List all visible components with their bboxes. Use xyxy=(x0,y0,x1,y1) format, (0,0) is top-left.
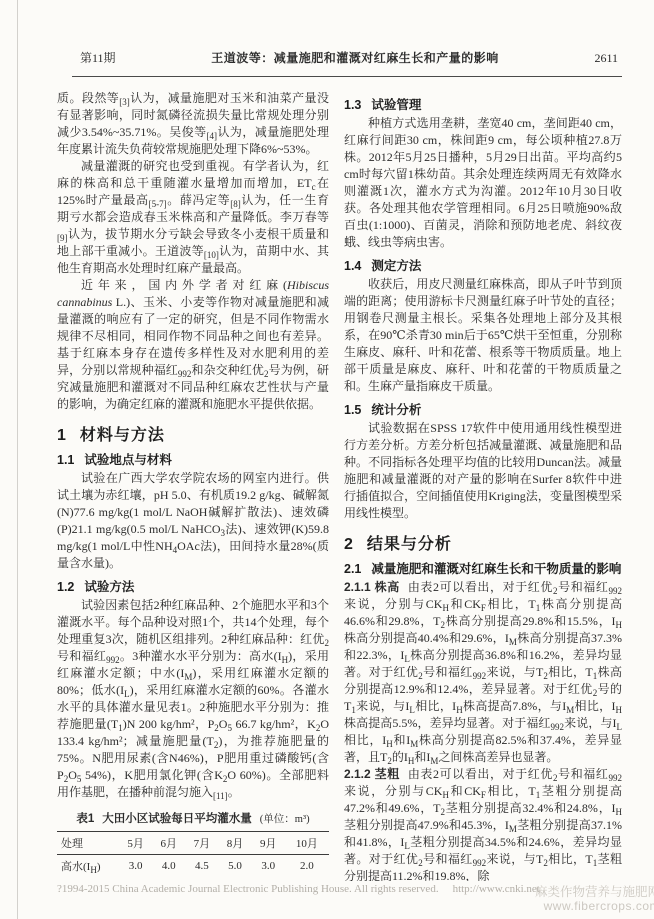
paragraph: 收获后，用皮尺测量红麻株高，即从子叶节到顶端的距离；使用游标卡尺测量红麻子叶节处… xyxy=(344,276,622,395)
subsection-heading-2-1: 2.1减量施肥和灌溉对红麻生长和干物质量的影响 xyxy=(344,559,622,577)
table-row: 高水(IH)3.04.04.55.03.02.0 xyxy=(57,855,329,877)
header-rule xyxy=(72,76,622,77)
table-cell: 1.6 xyxy=(285,876,329,881)
table-cell: 3.2 xyxy=(152,876,185,881)
issue-label: 第11期 xyxy=(80,49,116,66)
right-column: 1.3试验管理 种植方式选用垄耕，垄宽40 cm，垄间距40 cm，红麻行间距3… xyxy=(344,90,622,881)
table-header-cell: 处理 xyxy=(57,832,119,855)
table-cell: 2.4 xyxy=(119,876,152,881)
table-header-cell: 7月 xyxy=(185,832,218,855)
table-header-row: 处理5月6月7月8月9月10月 xyxy=(57,832,329,855)
table-unit: (单位：m³) xyxy=(260,814,310,825)
table-header-cell: 8月 xyxy=(218,832,251,855)
journal-page: 第11期 王道波等：减量施肥和灌溉对红麻生长和产量的影响 2611 质。段然等[… xyxy=(0,0,654,919)
subsection-heading-1-2: 1.2试验方法 xyxy=(57,577,329,595)
page-header: 第11期 王道波等：减量施肥和灌溉对红麻生长和产量的影响 2611 xyxy=(80,49,618,66)
table-caption: 表1大田小区试验每日平均灌水量(单位：m³) xyxy=(57,810,329,826)
table-header-cell: 10月 xyxy=(285,832,329,855)
page-number: 2611 xyxy=(594,51,618,66)
table-header-cell: 9月 xyxy=(252,832,285,855)
cnki-url: http://www.cnki.net xyxy=(453,883,540,895)
left-column: 质。段然等[3]认为，减量施肥对玉米和油菜产量没有显著影响，同时氮磷径流损失量比… xyxy=(57,90,329,881)
running-title: 王道波等：减量施肥和灌溉对红麻生长和产量的影响 xyxy=(116,49,595,66)
watermark: 麻类作物营养与施肥网 www.fibercrops.com xyxy=(535,885,654,913)
subsection-heading-1-1: 1.1试验地点与材料 xyxy=(57,450,329,468)
watermark-site-name: 麻类作物营养与施肥网 xyxy=(535,885,654,899)
table-row: 中水(IM)2.43.23.64.02.41.6 xyxy=(57,876,329,881)
section-heading-1: 1材料与方法 xyxy=(57,422,329,445)
paragraph: 质。段然等[3]认为，减量施肥对玉米和油菜产量没有显著影响，同时氮磷径流损失量比… xyxy=(57,90,329,158)
table-cell: 3.0 xyxy=(252,855,285,877)
copyright-text: ?1994-2015 China Academic Journal Electr… xyxy=(57,883,439,895)
table-cell: 4.5 xyxy=(185,855,218,877)
paragraph: 近年来，国内外学者对红麻(Hibiscus cannabinus L.)、玉米、… xyxy=(57,277,329,413)
section-heading-2: 2结果与分析 xyxy=(344,531,622,554)
subsection-lead-2-1-2: 2.1.2 茎粗 xyxy=(344,767,400,781)
paragraph: 2.1.2 茎粗由表2可以看出，对于红优2号和福红992来说，分别与CKH和CK… xyxy=(344,766,622,881)
subsection-lead-2-1-1: 2.1.1 株高 xyxy=(344,580,400,594)
irrigation-table: 处理5月6月7月8月9月10月 高水(IH)3.04.04.55.03.02.0… xyxy=(57,831,329,881)
table-cell: 3.6 xyxy=(185,876,218,881)
page-footer: ?1994-2015 China Academic Journal Electr… xyxy=(57,883,654,909)
table-1-block: 表1大田小区试验每日平均灌水量(单位：m³) 处理5月6月7月8月9月10月 高… xyxy=(57,810,329,881)
table-label: 表1 xyxy=(76,813,94,825)
paragraph: 试验在广西大学农学院农场的网室内进行。供试土壤为赤红壤，pH 5.0、有机质19… xyxy=(57,470,329,572)
article-body: 质。段然等[3]认为，减量施肥对玉米和油菜产量没有显著影响，同时氮磷径流损失量比… xyxy=(57,90,622,881)
table-cell: 4.0 xyxy=(152,855,185,877)
table-cell: 5.0 xyxy=(218,855,251,877)
paragraph: 种植方式选用垄耕，垄宽40 cm，垄间距40 cm，红麻行间距30 cm，株间距… xyxy=(344,115,622,251)
paragraph: 减量灌溉的研究也受到重视。有学者认为，红麻的株高和总干重随灌水量增加而增加，ET… xyxy=(57,158,329,277)
table-header-cell: 6月 xyxy=(152,832,185,855)
table-cell: 4.0 xyxy=(218,876,251,881)
subsection-heading-1-3: 1.3试验管理 xyxy=(344,95,622,113)
paragraph: 试验数据在SPSS 17软件中使用通用线性模型进行方差分析。方差分析包括减量灌溉… xyxy=(344,420,622,522)
table-cell: 2.0 xyxy=(285,855,329,877)
table-title: 大田小区试验每日平均灌水量 xyxy=(102,813,252,825)
table-cell: 3.0 xyxy=(119,855,152,877)
table-cell: 中水(IM) xyxy=(57,876,119,881)
subsection-heading-1-5: 1.5统计分析 xyxy=(344,400,622,418)
paragraph: 2.1.1 株高由表2可以看出，对于红优2号和福红992来说，分别与CKH和CK… xyxy=(344,579,622,766)
paragraph: 试验因素包括2种红麻品种、2个施肥水平和3个灌溉水平。每个品种设对照1个，共14… xyxy=(57,597,329,801)
table-cell: 高水(IH) xyxy=(57,855,119,877)
scan-edge-line xyxy=(17,0,18,919)
table-cell: 2.4 xyxy=(252,876,285,881)
subsection-heading-1-4: 1.4测定方法 xyxy=(344,256,622,274)
watermark-site-url: www.fibercrops.com xyxy=(535,899,654,913)
table-header-cell: 5月 xyxy=(119,832,152,855)
